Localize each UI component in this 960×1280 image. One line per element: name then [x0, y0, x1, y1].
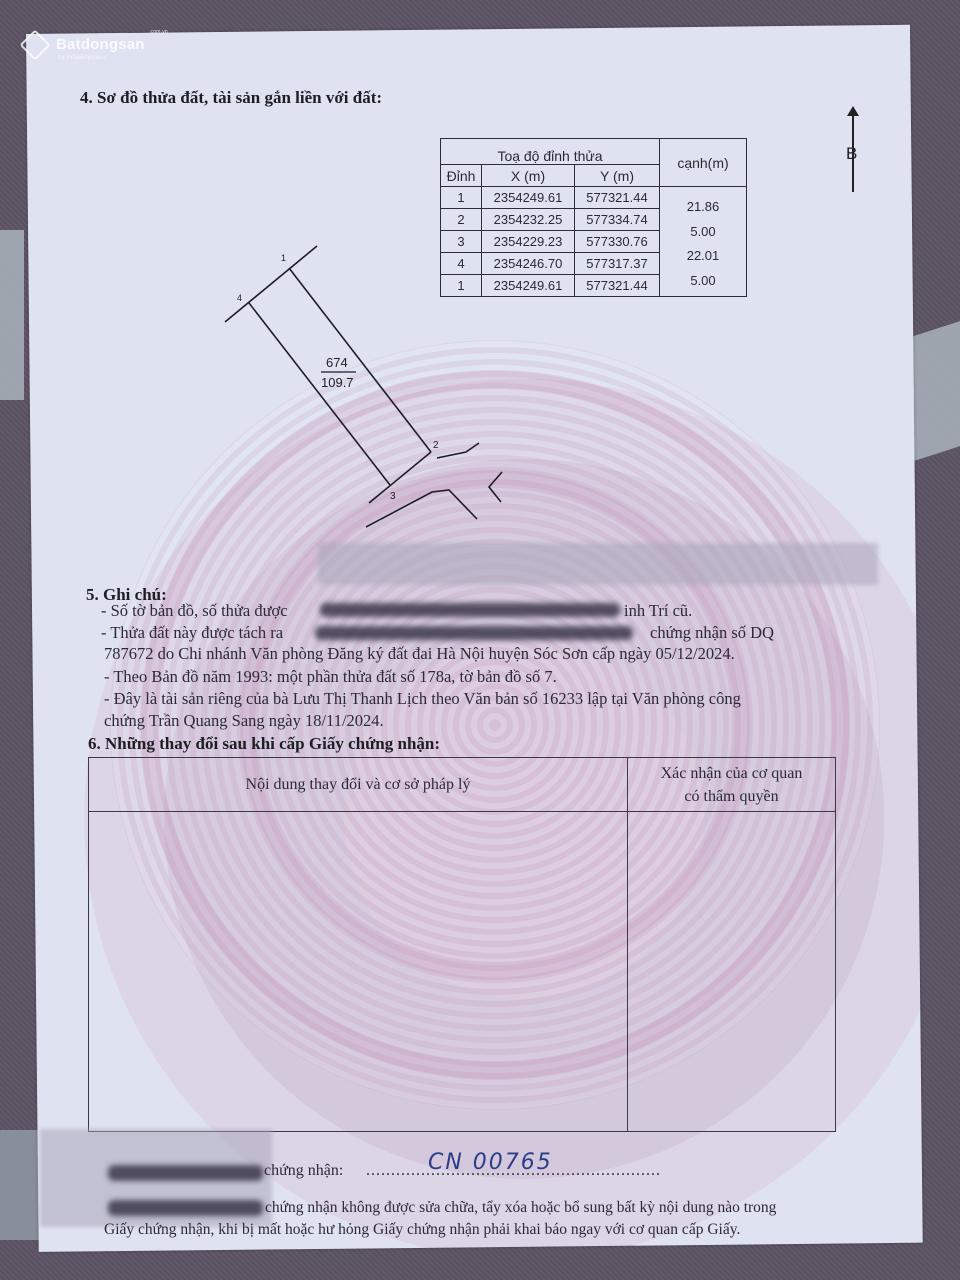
confirm-header-line: có thẩm quyền	[629, 785, 834, 808]
vertex-col-header: Đỉnh	[441, 165, 482, 187]
redacted-text	[320, 603, 620, 617]
redacted-text	[315, 626, 633, 640]
vertex-cell: 1	[441, 275, 482, 297]
edge-header: cạnh(m)	[660, 139, 747, 187]
parcel-area: 109.7	[321, 375, 354, 390]
north-label: B	[846, 144, 857, 164]
y-col-header: Y (m)	[575, 165, 660, 187]
x-cell: 2354249.61	[482, 187, 575, 209]
registry-number-handwritten: CN 00765	[428, 1150, 553, 1175]
parcel-number: 674	[326, 355, 348, 370]
watermark-byline: by PropertyGuru	[58, 55, 145, 61]
note-line-2: - Thửa đất này được tách ra	[101, 622, 283, 643]
redacted-text	[108, 1200, 263, 1216]
note-line-6: chứng Trần Quang Sang ngày 18/11/2024.	[104, 710, 384, 731]
edge-length: 21.86	[660, 195, 746, 220]
note-line-3: 787672 do Chi nhánh Văn phòng Đăng ký đấ…	[104, 643, 735, 664]
watermark-domain: .com.vn	[149, 29, 168, 35]
table-row: 1 2354249.61 577321.44 21.86 5.00 22.01 …	[441, 187, 747, 209]
note-line-2-end: chứng nhận số DQ	[650, 622, 774, 643]
y-cell: 577330.76	[575, 231, 660, 253]
watermark-brand: Batdongsan	[56, 36, 145, 53]
coord-group-header: Toạ độ đỉnh thửa	[441, 139, 660, 165]
section-4-title: 4. Sơ đồ thửa đất, tài sản gắn liền với …	[80, 88, 382, 108]
x-cell: 2354249.61	[482, 275, 575, 297]
confirm-cell[interactable]	[628, 812, 836, 1132]
changes-table: Nội dung thay đổi và cơ sở pháp lý Xác n…	[88, 757, 836, 1132]
content-cell[interactable]	[89, 812, 628, 1132]
background-patch-left	[0, 230, 24, 400]
edge-length: 5.00	[660, 269, 746, 294]
x-cell: 2354229.23	[482, 231, 575, 253]
note-line-4: - Theo Bản đồ năm 1993: một phần thửa đấ…	[104, 666, 557, 687]
x-cell: 2354246.70	[482, 253, 575, 275]
redaction-band	[318, 543, 878, 585]
note-line-1: - Số tờ bản đồ, số thửa được	[101, 600, 288, 621]
house-logo-icon	[19, 29, 50, 60]
edge-length: 22.01	[660, 244, 746, 269]
vertex-cell: 2	[441, 209, 482, 231]
section-6-title: 6. Những thay đổi sau khi cấp Giấy chứng…	[88, 734, 440, 754]
confirm-col-header: Xác nhận của cơ quan có thẩm quyền	[628, 758, 836, 812]
y-cell: 577321.44	[575, 187, 660, 209]
y-cell: 577334.74	[575, 209, 660, 231]
vertex-label-3: 3	[390, 491, 396, 502]
notice-line-2: Giấy chứng nhận, khi bị mất hoặc hư hỏng…	[104, 1219, 740, 1240]
vertex-label-2: 2	[433, 440, 439, 451]
edge-length: 5.00	[660, 220, 746, 245]
note-line-1-end: inh Trí cũ.	[624, 600, 692, 621]
note-line-5: - Đây là tài sản riêng của bà Lưu Thị Th…	[104, 688, 741, 709]
registry-label: chứng nhận:	[264, 1160, 343, 1181]
x-col-header: X (m)	[482, 165, 575, 187]
site-watermark: Batdongsan .com.vn by PropertyGuru	[24, 34, 145, 61]
vertex-coordinate-table: Toạ độ đỉnh thửa cạnh(m) Đỉnh X (m) Y (m…	[440, 138, 747, 297]
y-cell: 577317.37	[575, 253, 660, 275]
notice-line-1: chứng nhận không được sửa chữa, tẩy xóa …	[265, 1197, 776, 1218]
confirm-header-line: Xác nhận của cơ quan	[629, 762, 834, 785]
edge-lengths-cell: 21.86 5.00 22.01 5.00	[660, 187, 747, 297]
vertex-label-1: 1	[281, 253, 286, 263]
content-col-header: Nội dung thay đổi và cơ sở pháp lý	[89, 758, 628, 812]
y-cell: 577321.44	[575, 275, 660, 297]
vertex-cell: 1	[441, 187, 482, 209]
vertex-label-4: 4	[237, 293, 242, 303]
x-cell: 2354232.25	[482, 209, 575, 231]
redacted-text	[108, 1165, 263, 1181]
vertex-cell: 3	[441, 231, 482, 253]
note-text: - Số tờ bản đồ, số thửa được	[101, 601, 288, 620]
background-patch-bottom-left	[0, 1130, 40, 1240]
vertex-cell: 4	[441, 253, 482, 275]
